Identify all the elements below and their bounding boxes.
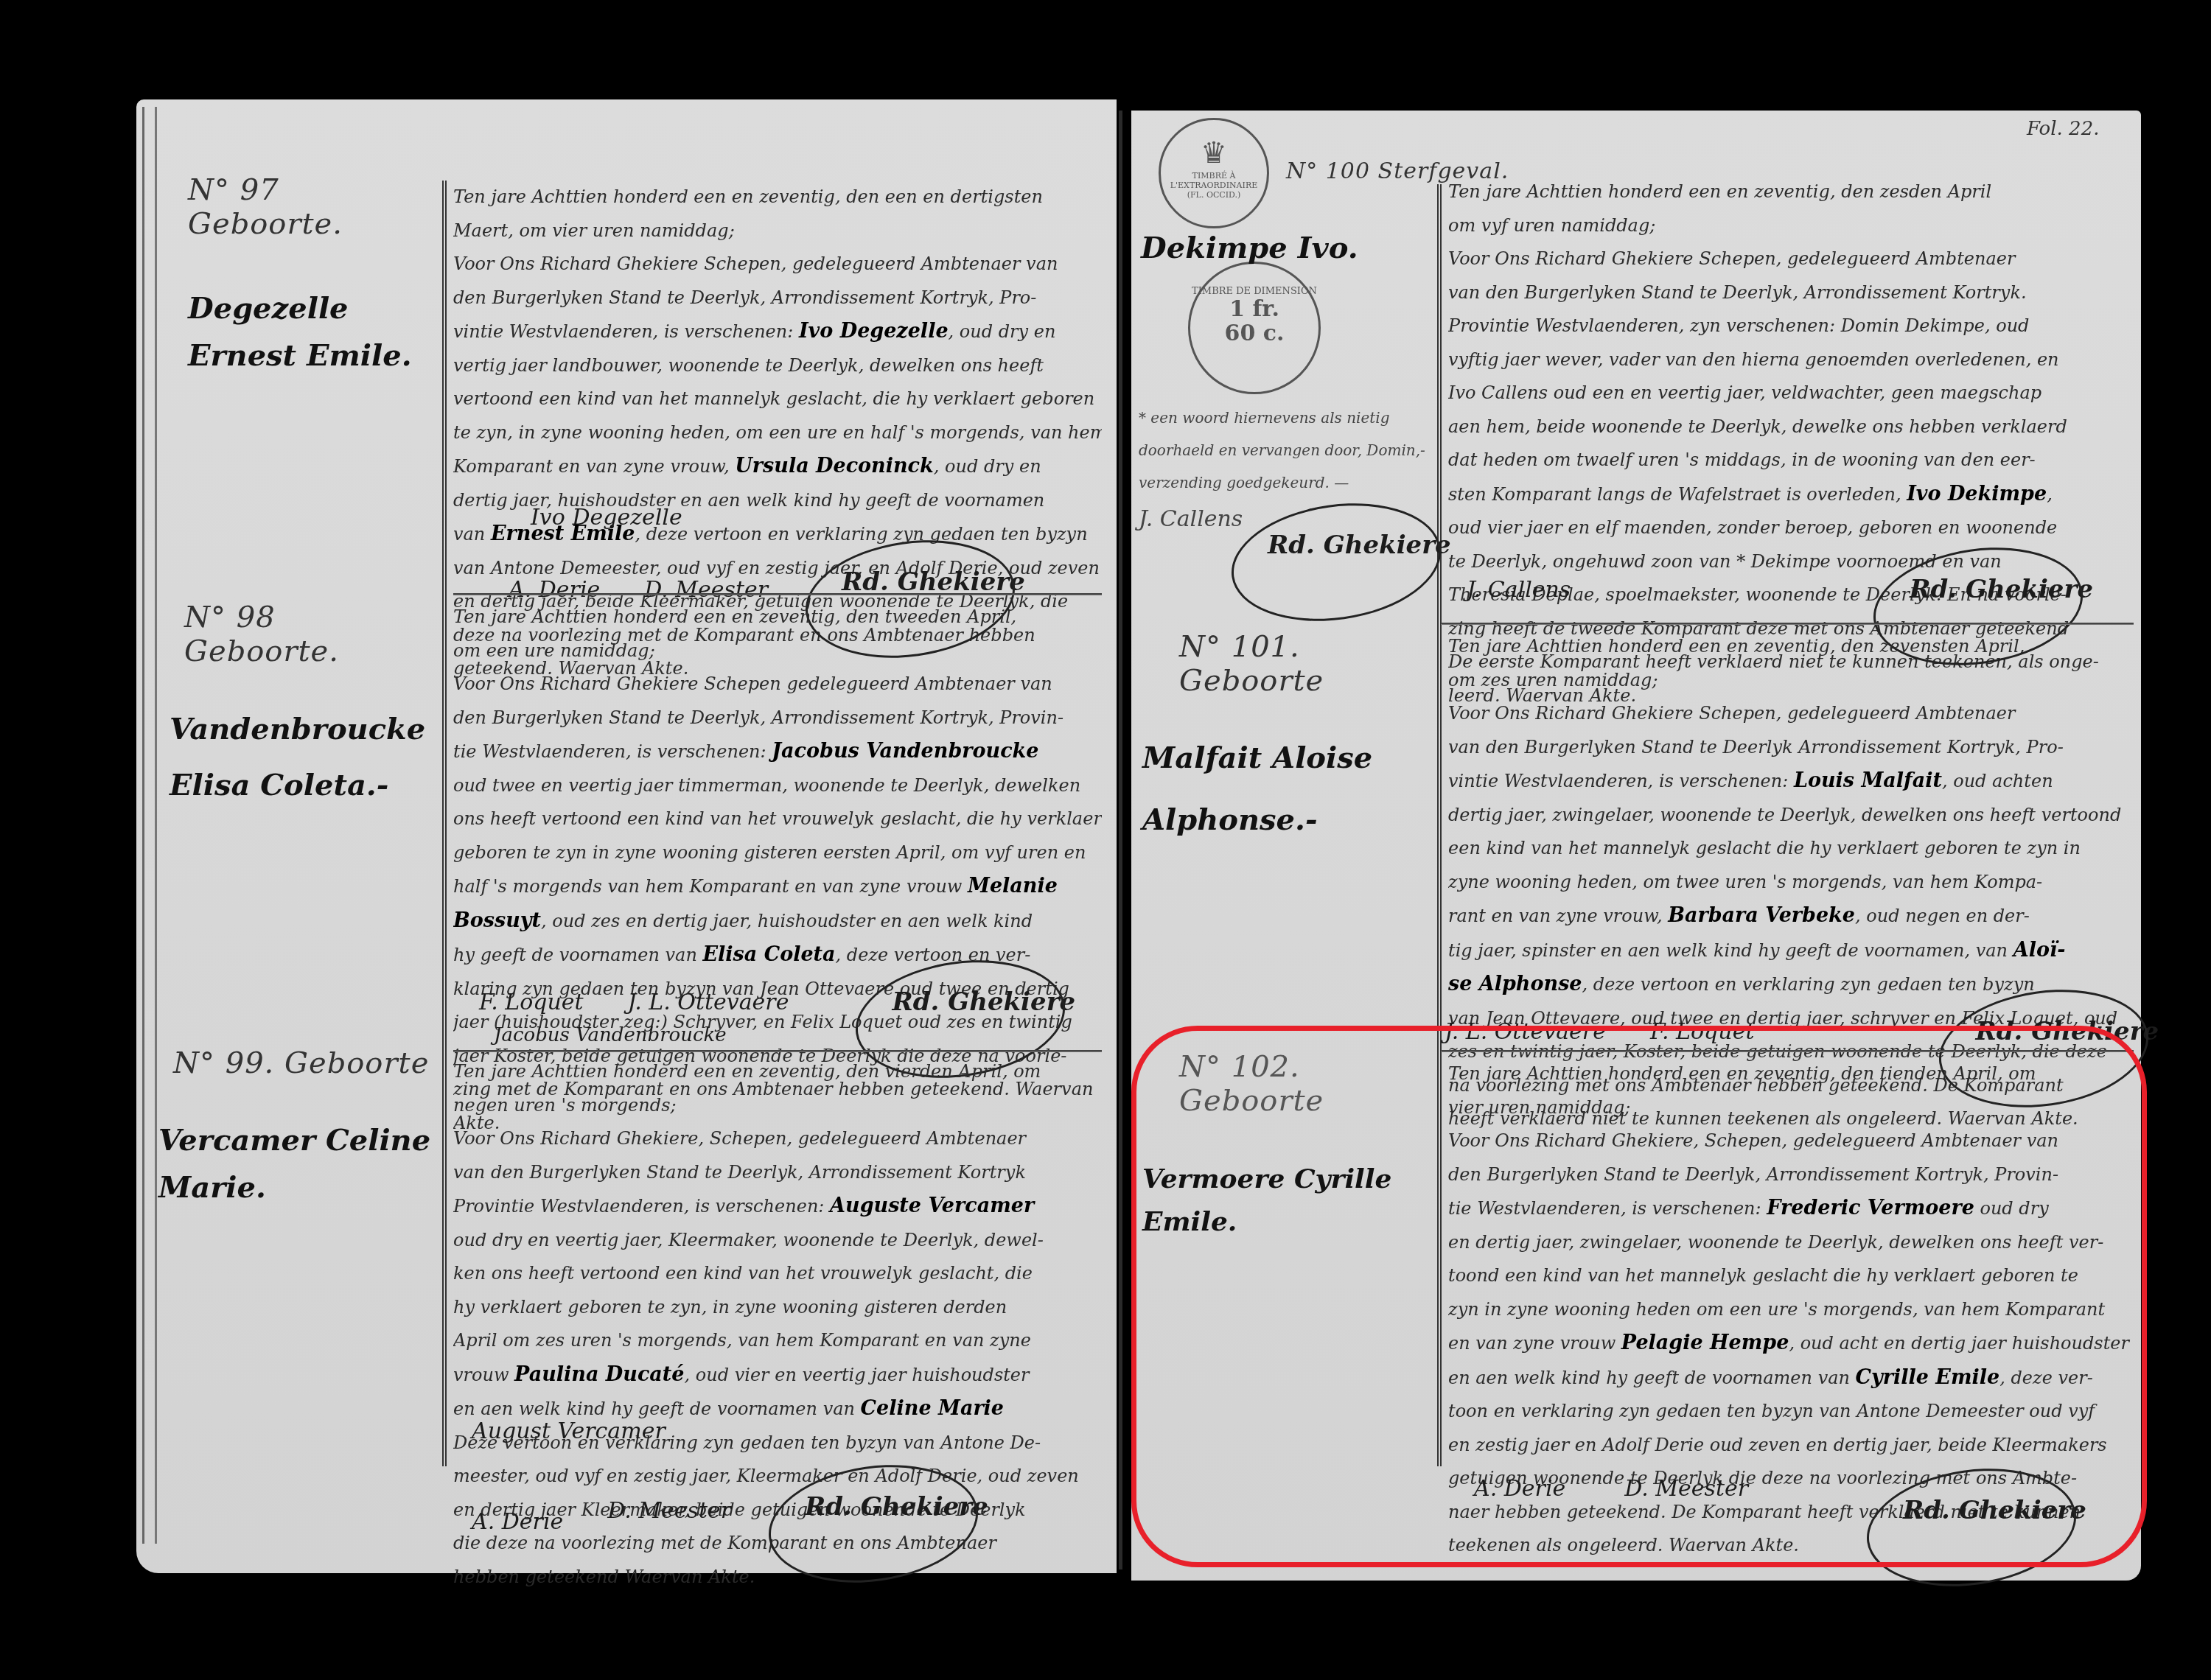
record-line: Ten jare Achttien honderd een en zeventi… xyxy=(453,601,1102,634)
record-line: te zyn, in zyne wooning heden, om een ur… xyxy=(453,416,1102,450)
record-line: dertig jaer, zwingelaer, woonende te Dee… xyxy=(1448,799,2134,833)
person-name: Jacobus Vandenbroucke xyxy=(772,740,1038,763)
crown-lion-icon: ♛ xyxy=(1161,139,1267,168)
person-name: Cyrille Emile xyxy=(1856,1366,2000,1389)
entry-divider xyxy=(1441,1050,2134,1052)
entry-divider xyxy=(453,593,1102,595)
entry-97-margin: N° 97 Geboorte. Degezelle Ernest Emile. xyxy=(188,173,431,379)
record-line: Voor Ons Richard Ghekiere, Schepen, gede… xyxy=(453,1122,1102,1156)
signature: Jacobus Vandenbroucke xyxy=(494,1024,727,1046)
record-line: den Burgerlyken Stand te Deerlyk, Arrond… xyxy=(1448,1158,2134,1192)
entry-101-signatures: J. L. Ottevaere F. Loquet Rd. Ghekiere xyxy=(1445,1002,2188,1061)
book-gutter xyxy=(1119,111,1122,1569)
record-line: Ten jare Achttien honderd een en zeventi… xyxy=(453,1055,1102,1089)
entry-102-margin: N° 102. Geboorte Vermoere Cyrille Emile. xyxy=(1164,1050,1430,1243)
record-line: vertig jaer landbouwer, woonende te Deer… xyxy=(453,349,1102,383)
record-line: half 's morgends van hem Komparant en va… xyxy=(453,869,1102,904)
record-line: aen hem, beide woonende te Deerlyk, dewe… xyxy=(1448,410,2134,444)
person-name: Bossuyt xyxy=(453,909,541,932)
signature: J. Callens xyxy=(1467,577,1571,603)
entry-number: N° 101. Geboorte xyxy=(1164,630,1430,698)
record-line: oud vier jaer en elf maenden, zonder ber… xyxy=(1448,511,2134,545)
record-line: Ten jare Achttien honderd een en zeventi… xyxy=(1448,175,2134,209)
entry-99-signatures: August Vercamer A. Derie D. Meester Rd. … xyxy=(472,1418,1018,1536)
record-line: geboren te zyn in zyne wooning gisteren … xyxy=(453,836,1102,870)
record-line: Provintie Westvlaenderen, is verschenen:… xyxy=(453,1189,1102,1224)
signature: J. L. Ottevaere xyxy=(1445,1019,1606,1045)
record-line: Voor Ons Richard Ghekiere Schepen gedele… xyxy=(453,668,1102,701)
registrant-name: Dekimpe Ivo. xyxy=(1141,225,1358,272)
folio-number: Fol. 22. xyxy=(2027,118,2099,140)
person-name: Paulina Ducaté xyxy=(514,1363,684,1386)
record-line: Ten jare Achttien honderd een en zeventi… xyxy=(1448,1057,2134,1091)
entry-100-name: Dekimpe Ivo. xyxy=(1141,225,1358,272)
person-name: Ivo Degezelle xyxy=(799,320,949,343)
person-name: Auguste Vercamer xyxy=(830,1194,1034,1217)
signature: D. Meester xyxy=(1624,1476,1748,1502)
record-line: tie Westvlaenderen, is verschenen: Frede… xyxy=(1448,1191,2134,1226)
record-line: hy verklaert geboren te zyn, in zyne woo… xyxy=(453,1291,1102,1325)
signature: D. Meester xyxy=(607,1498,731,1524)
signature: A. Derie xyxy=(1474,1476,1565,1502)
record-line: vintie Westvlaenderen, is verschenen: Lo… xyxy=(1448,764,2134,799)
record-line: toond een kind van het mannelyk geslacht… xyxy=(1448,1259,2134,1293)
column-rule-right xyxy=(1437,184,1442,1466)
entry-100-margin: N° 100 Sterfgeval. xyxy=(1286,158,1433,184)
person-name: Celine Marie xyxy=(861,1397,1004,1420)
record-line: Voor Ons Richard Ghekiere, Schepen, gede… xyxy=(1448,1124,2134,1158)
entry-100-margin-signature: Rd. Ghekiere xyxy=(1238,516,1481,575)
signature: August Vercamer xyxy=(472,1418,666,1444)
record-line: Bossuyt, oud zes en dertig jaer, huishou… xyxy=(453,904,1102,939)
entry-101-margin: N° 101. Geboorte Malfait Aloise Alphonse… xyxy=(1164,630,1430,851)
person-name: Ivo Dekimpe xyxy=(1907,483,2047,505)
record-line: vyftig jaer wever, vader van den hierna … xyxy=(1448,343,2134,377)
record-line: tig jaer, spinster en aen welk kind hy g… xyxy=(1448,934,2134,968)
record-line: ons heeft vertoond een kind van het vrou… xyxy=(453,802,1102,836)
record-line: Voor Ons Richard Ghekiere Schepen, gedel… xyxy=(1448,242,2134,276)
record-line: oud twee en veertig jaer timmerman, woon… xyxy=(453,769,1102,803)
record-line: om een ure namiddag; xyxy=(453,634,1102,668)
entry-98-signatures: F. Loquet J. L. Ottevaere Jacobus Vanden… xyxy=(479,973,1105,1032)
person-name: Pelagie Hempe xyxy=(1621,1331,1789,1354)
officiant-signature: Rd. Ghekiere xyxy=(1873,1481,2116,1540)
record-line: toon en verklaring zyn gedaen ten byzyn … xyxy=(1448,1395,2134,1429)
record-line: om vyf uren namiddag; xyxy=(1448,209,2134,243)
person-name: Ursula Deconinck xyxy=(735,455,933,477)
record-line: hebben geteekend Waervan Akte. xyxy=(453,1561,1102,1595)
record-line: vrouw Paulina Ducaté, oud vier en veerti… xyxy=(453,1358,1102,1393)
person-name: Frederic Vermoere xyxy=(1767,1197,1974,1219)
person-name: Louis Malfait xyxy=(1794,769,1942,792)
record-line: Ivo Callens oud een en veertig jaer, vel… xyxy=(1448,377,2134,410)
record-line: oud dry en veertig jaer, Kleermaker, woo… xyxy=(453,1224,1102,1258)
signature: D. Meester xyxy=(644,577,768,603)
tax-stamp-extraordinaire: ♛ TIMBRÉ À L'EXTRAORDINAIRE (FL. OCCID.) xyxy=(1159,118,1269,228)
record-line: en dertig jaer, zwingelaer, woonende te … xyxy=(1448,1226,2134,1260)
officiant-signature: Rd. Ghekiere xyxy=(775,1477,1018,1536)
record-line: Voor Ons Richard Ghekiere Schepen, gedel… xyxy=(1448,697,2134,731)
signature: A. Derie xyxy=(472,1509,563,1535)
person-name: Melanie xyxy=(968,875,1058,897)
entry-102-signatures: A. Derie D. Meester Rd. Ghekiere xyxy=(1474,1437,2116,1540)
registrant-name: Vercamer Celine Marie. xyxy=(158,1117,439,1211)
record-line: den Burgerlyken Stand te Deerlyk, Arrond… xyxy=(453,701,1102,735)
record-line: van den Burgerlyken Stand te Deerlyk, Ar… xyxy=(453,1156,1102,1190)
record-line: en van zyne vrouw Pelagie Hempe, oud ach… xyxy=(1448,1326,2134,1361)
record-line: Komparant en van zyne vrouw, Ursula Deco… xyxy=(453,449,1102,484)
record-line: Provintie Westvlaenderen, zyn verschenen… xyxy=(1448,309,2134,343)
record-line: vintie Westvlaenderen, is verschenen: Iv… xyxy=(453,315,1102,349)
record-line: dat heden om twaelf uren 's middags, in … xyxy=(1448,444,2134,477)
record-line: een kind van het mannelyk geslacht die h… xyxy=(1448,832,2134,866)
entry-divider xyxy=(1441,623,2134,625)
registrant-name: Vermoere Cyrille Emile. xyxy=(1142,1158,1430,1243)
record-line: van den Burgerlyken Stand te Deerlyk Arr… xyxy=(1448,731,2134,765)
record-line: ken ons heeft vertoond een kind van het … xyxy=(453,1257,1102,1291)
entry-97-signatures: Ivo Degezelle A. Derie D. Meester Rd. Gh… xyxy=(509,523,1055,612)
registrant-name: Degezelle Ernest Emile. xyxy=(188,285,431,379)
record-line: vier uren namiddag; xyxy=(1448,1091,2134,1125)
registrant-name: Malfait Aloise Alphonse.- xyxy=(1142,727,1430,851)
record-line: tie Westvlaenderen, is verschenen: Jacob… xyxy=(453,735,1102,769)
record-line: zyn in zyne wooning heden om een ure 's … xyxy=(1448,1293,2134,1327)
officiant-signature: Rd. Ghekiere xyxy=(862,973,1105,1032)
record-line: zyne wooning heden, om twee uren 's morg… xyxy=(1448,866,2134,900)
record-line: om zes uren namiddag; xyxy=(1448,664,2134,698)
signature: F. Loquet xyxy=(1650,1019,1755,1045)
record-line: vertoond een kind van het mannelyk gesla… xyxy=(453,382,1102,416)
officiant-signature: Rd. Ghekiere xyxy=(1880,560,2123,619)
person-name: Barbara Verbeke xyxy=(1668,904,1855,927)
entry-99-margin: N° 99. Geboorte Vercamer Celine Marie. xyxy=(158,1046,439,1211)
record-line: negen uren 's morgends; xyxy=(453,1089,1102,1123)
column-rule-left xyxy=(442,181,447,1466)
entry-number: N° 97 Geboorte. xyxy=(188,173,431,241)
entry-98-margin: N° 98 Geboorte. Vandenbroucke Elisa Cole… xyxy=(170,601,435,813)
record-line: en aen welk kind hy geeft de voornamen v… xyxy=(1448,1361,2134,1396)
record-line: den Burgerlyken Stand te Deerlyk, Arrond… xyxy=(453,281,1102,315)
person-name: Elisa Coleta xyxy=(702,943,835,966)
record-line: van den Burgerlyken Stand te Deerlyk, Ar… xyxy=(1448,276,2134,310)
signature: J. L. Ottevaere xyxy=(628,990,789,1015)
officiant-signature: Rd. Ghekiere xyxy=(1946,1002,2188,1061)
person-name: Aloï- xyxy=(2013,939,2066,962)
entry-number: N° 98 Geboorte. xyxy=(170,601,435,668)
registrant-name: Vandenbroucke Elisa Coleta.- xyxy=(170,701,435,813)
tax-stamp-dimension: TIMBRE DE DIMENSION 1 fr. 60 c. xyxy=(1188,262,1321,394)
record-line: Ten jare Achttien honderd een en zeventi… xyxy=(453,181,1102,214)
record-line: Maert, om vier uren namiddag; xyxy=(453,214,1102,248)
entry-number: N° 102. Geboorte xyxy=(1164,1050,1430,1118)
record-line: sten Komparant langs de Wafelstraet is o… xyxy=(1448,477,2134,512)
record-line: Voor Ons Richard Ghekiere Schepen, gedel… xyxy=(453,248,1102,281)
record-line: April om zes uren 's morgends, van hem K… xyxy=(453,1324,1102,1358)
officiant-signature: Rd. Ghekiere xyxy=(1238,516,1481,575)
person-name: se Alphonse xyxy=(1448,973,1582,995)
record-line: Ten jare Achttien honderd een en zeventi… xyxy=(1448,630,2134,664)
entry-number: N° 100 Sterfgeval. xyxy=(1286,158,1433,184)
signature: A. Derie xyxy=(509,577,600,603)
signature: Ivo Degezelle xyxy=(531,505,682,531)
entry-divider xyxy=(453,1050,1102,1052)
signature: F. Loquet xyxy=(479,990,584,1015)
entry-100-signatures: J. Callens Rd. Ghekiere xyxy=(1467,560,2123,619)
entry-number: N° 99. Geboorte xyxy=(158,1046,439,1080)
record-line: rant en van zyne vrouw, Barbara Verbeke,… xyxy=(1448,899,2134,934)
